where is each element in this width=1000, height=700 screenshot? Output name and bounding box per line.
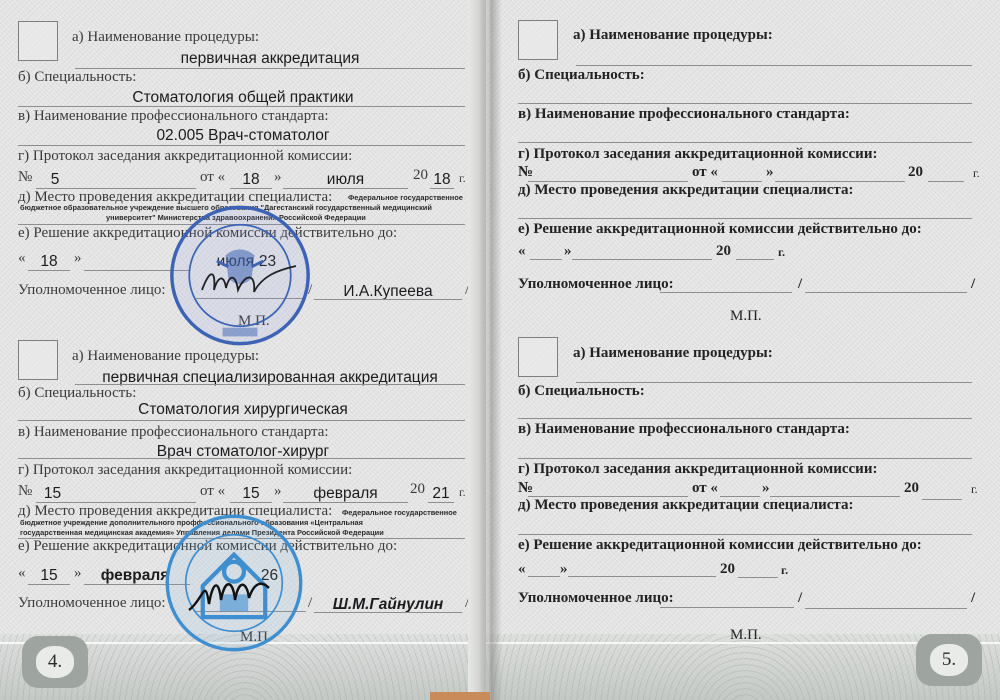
slash: / <box>798 591 802 606</box>
quote-close: » <box>74 251 82 266</box>
standard-label: в) Наименование профессионального станда… <box>18 109 329 124</box>
page-number: 5. <box>930 644 968 676</box>
valid-year: 26 <box>257 568 282 584</box>
from-label: от « <box>200 170 225 185</box>
place-line-3: государственная медицинская академия» Уп… <box>20 529 384 536</box>
quote-close: » <box>560 562 568 577</box>
year-suffix: г. <box>459 486 466 498</box>
quote-close: » <box>274 170 282 185</box>
number-sign: № <box>18 170 32 185</box>
page-number: 4. <box>36 646 74 678</box>
quote-open: « <box>518 244 526 259</box>
year-prefix: 20 <box>904 481 919 496</box>
specialty-label: б) Специальность: <box>518 68 645 83</box>
book-spine <box>478 0 502 700</box>
valid-until-label: е) Решение аккредитационной комиссии дей… <box>518 222 922 237</box>
from-label: от « <box>692 481 718 496</box>
valid-month: февраля <box>100 568 170 584</box>
page-5: а) Наименование процедуры: б) Специально… <box>490 0 1000 700</box>
standard-value: 02.005 Врач-стоматолог <box>18 128 468 144</box>
place-label: д) Место проведения аккредитации специал… <box>18 504 332 519</box>
entry-checkbox[interactable] <box>18 21 58 61</box>
seal-mark: М.П. <box>240 630 272 645</box>
specialty-label: б) Специальность: <box>18 386 136 401</box>
protocol-year: 21 <box>428 486 454 502</box>
year-prefix: 20 <box>720 562 735 577</box>
valid-year: 23 <box>255 254 280 270</box>
protocol-day: 15 <box>230 486 272 502</box>
authorized-person-label: Уполномоченное лицо: <box>18 283 166 298</box>
valid-until-label: е) Решение аккредитационной комиссии дей… <box>18 226 397 241</box>
number-sign: № <box>518 481 533 496</box>
authorized-name: Ш.М.Гайнулин <box>314 597 462 613</box>
quote-open: « <box>18 251 26 266</box>
quote-close: » <box>74 566 82 581</box>
place-line-1: Федеральное государственное <box>342 509 457 516</box>
place-line-1: Федеральное государственное <box>348 194 463 201</box>
year-suffix: г. <box>778 246 785 258</box>
valid-until-label: е) Решение аккредитационной комиссии дей… <box>518 538 922 553</box>
year-prefix: 20 <box>413 168 428 183</box>
year-prefix: 20 <box>716 244 731 259</box>
specialty-value: Стоматология хирургическая <box>18 402 468 418</box>
valid-until-label: е) Решение аккредитационной комиссии дей… <box>18 539 397 554</box>
page-4: а) Наименование процедуры: первичная акк… <box>0 0 490 700</box>
entry-checkbox[interactable] <box>18 340 58 380</box>
specialty-label: б) Специальность: <box>18 70 136 85</box>
slash: / <box>798 277 802 292</box>
protocol-label: г) Протокол заседания аккредитационной к… <box>18 463 352 478</box>
place-label: д) Место проведения аккредитации специал… <box>518 183 853 198</box>
standard-label: в) Наименование профессионального станда… <box>18 425 329 440</box>
authorized-person-label: Уполномоченное лицо: <box>18 596 166 611</box>
authorized-name: И.А.Купеева <box>314 284 462 300</box>
standard-label: в) Наименование профессионального станда… <box>518 422 850 437</box>
protocol-month: февраля <box>283 486 408 502</box>
slash: / <box>971 591 975 606</box>
quote-close: » <box>766 165 774 180</box>
protocol-day: 18 <box>230 172 272 188</box>
entry-checkbox[interactable] <box>518 20 558 60</box>
specialty-value: Стоматология общей практики <box>18 90 468 106</box>
year-prefix: 20 <box>908 165 923 180</box>
seal-mark: М.П. <box>238 314 270 329</box>
slash: / <box>971 277 975 292</box>
slash: / <box>308 283 312 298</box>
year-suffix: г. <box>781 564 788 576</box>
year-suffix: г. <box>973 167 980 179</box>
year-suffix: г. <box>459 172 466 184</box>
entry-checkbox[interactable] <box>518 337 558 377</box>
protocol-label: г) Протокол заседания аккредитационной к… <box>518 147 877 162</box>
protocol-label: г) Протокол заседания аккредитационной к… <box>18 149 352 164</box>
from-label: от « <box>200 484 225 499</box>
specialty-label: б) Специальность: <box>518 384 645 399</box>
procedure-label: а) Наименование процедуры: <box>72 349 259 364</box>
protocol-month: июля <box>283 172 408 188</box>
valid-month: июля <box>84 254 254 270</box>
seal-mark: М.П. <box>730 628 762 643</box>
procedure-label: а) Наименование процедуры: <box>573 346 773 361</box>
quote-close: » <box>762 481 770 496</box>
authorized-person-label: Уполномоченное лицо: <box>518 277 674 292</box>
place-line-3: университет" Министерства здравоохранени… <box>106 214 366 221</box>
number-sign: № <box>18 484 32 499</box>
place-line-2: бюджетное учреждение дополнительного про… <box>20 519 363 526</box>
number-sign: № <box>518 165 533 180</box>
quote-open: « <box>518 562 526 577</box>
page-number-badge: 4. <box>22 636 88 688</box>
procedure-value: первичная аккредитация <box>75 51 465 67</box>
procedure-label: а) Наименование процедуры: <box>72 30 259 45</box>
year-suffix: г. <box>971 483 978 495</box>
protocol-label: г) Протокол заседания аккредитационной к… <box>518 462 877 477</box>
year-prefix: 20 <box>410 482 425 497</box>
quote-close: » <box>274 484 282 499</box>
place-label: д) Место проведения аккредитации специал… <box>518 498 853 513</box>
authorized-person-label: Уполномоченное лицо: <box>518 591 674 606</box>
valid-day: 15 <box>28 568 70 584</box>
standard-label: в) Наименование профессионального станда… <box>518 107 850 122</box>
place-line-2: бюджетное образовательное учреждение выс… <box>20 204 432 211</box>
from-label: от « <box>692 165 718 180</box>
page-number-badge: 5. <box>916 634 982 686</box>
protocol-number: 5 <box>45 172 65 188</box>
quote-open: « <box>18 566 26 581</box>
slash: / <box>308 596 312 611</box>
seal-mark: М.П. <box>730 309 762 324</box>
quote-close: » <box>564 244 572 259</box>
protocol-year: 18 <box>430 172 454 188</box>
protocol-number: 15 <box>40 486 65 502</box>
procedure-label: а) Наименование процедуры: <box>573 28 773 43</box>
valid-day: 18 <box>28 254 70 270</box>
